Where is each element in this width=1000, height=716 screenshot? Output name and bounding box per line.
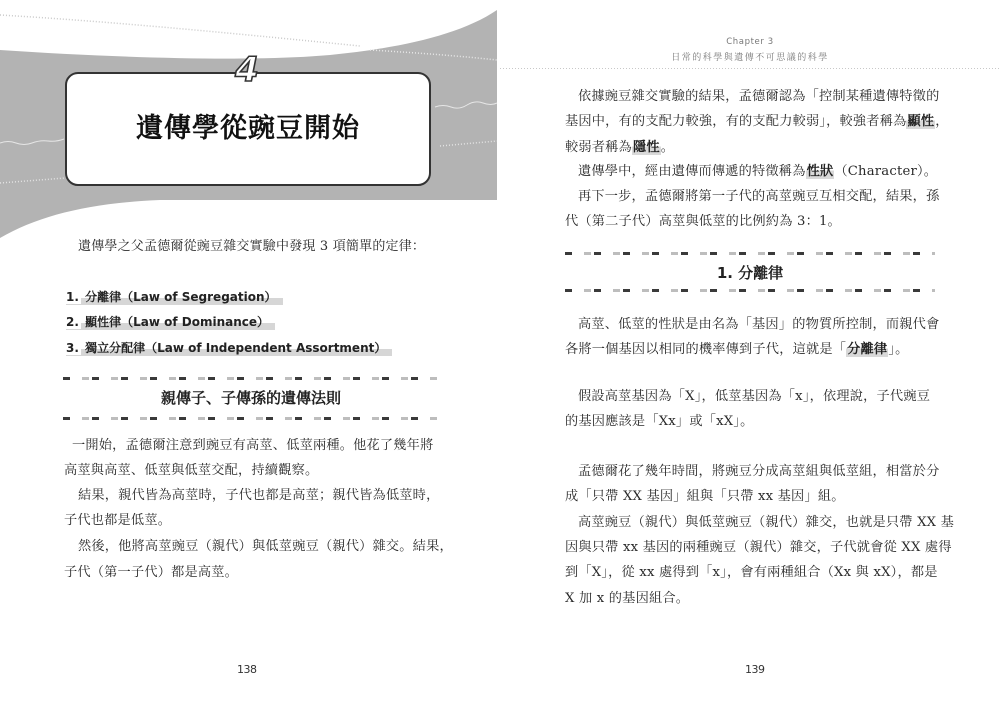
chapter-title: 遺傳學從豌豆開始 xyxy=(65,112,431,146)
body-line: 的基因應該是「Xx」或「xX」。 xyxy=(565,413,754,431)
text-run: 各將一個基因以相同的機率傳到子代，這就是「 xyxy=(565,342,846,357)
body-line: 結果，親代皆為高莖時，子代也都是高莖；親代皆為低莖時， xyxy=(78,487,439,505)
section-heading: 親傳子、子傳孫的遺傳法則 xyxy=(63,388,439,408)
text-run: 。 xyxy=(661,140,674,155)
text-run: 依據豌豆雜交實驗的結果，孟德爾認為「控制某種遺傳特徵的 xyxy=(578,89,939,104)
body-line: 遺傳學中，經由遺傳而傳遞的特徵稱為性狀（Character）。 xyxy=(578,163,937,181)
running-head-rule xyxy=(500,68,1000,69)
law-text: 分離律（Law of Segregation） xyxy=(85,290,276,304)
body-line: 高莖豌豆（親代）與低莖豌豆（親代）雜交，也就是只帶 XX 基 xyxy=(578,514,954,532)
law-text: 顯性律（Law of Dominance） xyxy=(85,315,269,329)
text-run: ， xyxy=(935,114,948,129)
body-line: 高莖與高莖、低莖與低莖交配，持續觀察。 xyxy=(64,462,318,480)
text-run: 因與只帶 xx 基因的兩種豌豆（親代）雜交，子代就會從 XX 處得 xyxy=(565,540,952,555)
text-run: 代（第二子代）高莖與低莖的比例約為 3：1。 xyxy=(565,214,841,229)
left-page: 4 遺傳學從豌豆開始 遺傳學之父孟德爾從豌豆雜交實驗中發現 3 項簡單的定律： … xyxy=(0,0,500,716)
intro-text: 遺傳學之父孟德爾從豌豆雜交實驗中發現 3 項簡單的定律： xyxy=(78,238,425,256)
running-head-subtitle: 日常的科學與遺傳不可思議的科學 xyxy=(500,50,1000,63)
section-divider-bottom xyxy=(63,417,439,420)
text-run: 較弱者稱為 xyxy=(565,140,632,155)
body-line: 較弱者稱為隱性。 xyxy=(565,139,674,157)
text-run: （Character）。 xyxy=(834,164,937,179)
law-item-2: 2. 顯性律（Law of Dominance） xyxy=(66,314,275,330)
body-line: 子代（第一子代）都是高莖。 xyxy=(64,564,238,582)
law-text: 獨立分配律（Law of Independent Assortment） xyxy=(85,341,386,355)
body-line: 依據豌豆雜交實驗的結果，孟德爾認為「控制某種遺傳特徵的 xyxy=(578,88,939,106)
page-number: 139 xyxy=(745,663,765,676)
text-run: 基因中，有的支配力較強，有的支配力較弱」，較強者稱為 xyxy=(565,114,906,129)
body-line: 各將一個基因以相同的機率傳到子代，這就是「分離律」。 xyxy=(565,341,909,359)
term-character: 性狀 xyxy=(806,164,835,179)
body-line: 然後，他將高莖豌豆（親代）與低莖豌豆（親代）雜交。結果， xyxy=(78,538,453,556)
body-line: 假設高莖基因為「X」，低莖基因為「x」，依理說，子代豌豆 xyxy=(578,388,930,406)
body-line: 基因中，有的支配力較強，有的支配力較弱」，較強者稱為顯性， xyxy=(565,113,949,131)
running-head-chapter: Chapter 3 xyxy=(500,37,1000,47)
body-line: 再下一步，孟德爾將第一子代的高莖豌豆互相交配，結果，孫 xyxy=(578,188,939,206)
text-run: 成「只帶 XX 基因」組與「只帶 xx 基因」組。 xyxy=(565,489,845,504)
law-number: 3. xyxy=(66,341,81,355)
text-run: 高莖、低莖的性狀是由名為「基因」的物質所控制，而親代會 xyxy=(578,317,939,332)
body-line: X 加 x 的基因組合。 xyxy=(565,590,689,608)
body-line: 一開始，孟德爾注意到豌豆有高莖、低莖兩種。他花了幾年將 xyxy=(72,437,433,455)
body-line: 代（第二子代）高莖與低莖的比例約為 3：1。 xyxy=(565,213,841,231)
text-run: 高莖豌豆（親代）與低莖豌豆（親代）雜交，也就是只帶 XX 基 xyxy=(578,515,954,530)
section-divider-bottom xyxy=(565,289,935,292)
body-line: 因與只帶 xx 基因的兩種豌豆（親代）雜交，子代就會從 XX 處得 xyxy=(565,539,952,557)
right-page: Chapter 3 日常的科學與遺傳不可思議的科學 依據豌豆雜交實驗的結果，孟德… xyxy=(500,0,1000,716)
body-line: 子代也都是低莖。 xyxy=(64,512,171,530)
body-line: 孟德爾花了幾年時間，將豌豆分成高莖組與低莖組，相當於分 xyxy=(578,463,939,481)
term-recessive: 隱性 xyxy=(632,140,661,155)
section-divider-top xyxy=(565,252,935,255)
text-run: X 加 x 的基因組合。 xyxy=(565,591,689,606)
law-number: 2. xyxy=(66,315,81,329)
section-heading: 1. 分離律 xyxy=(565,263,935,283)
term-dominant: 顯性 xyxy=(906,114,935,129)
law-number: 1. xyxy=(66,290,81,304)
chapter-number: 4 xyxy=(230,52,264,88)
text-run: 」。 xyxy=(888,342,908,357)
text-run: 假設高莖基因為「X」，低莖基因為「x」，依理說，子代豌豆 xyxy=(578,389,930,404)
text-run: 的基因應該是「Xx」或「xX」。 xyxy=(565,414,754,429)
body-line: 高莖、低莖的性狀是由名為「基因」的物質所控制，而親代會 xyxy=(578,316,939,334)
text-run: 再下一步，孟德爾將第一子代的高莖豌豆互相交配，結果，孫 xyxy=(578,189,939,204)
text-run: 遺傳學中，經由遺傳而傳遞的特徵稱為 xyxy=(578,164,806,179)
section-divider-top xyxy=(63,377,439,380)
term-segregation: 分離律 xyxy=(846,342,888,357)
body-line: 到「X」，從 xx 處得到「x」，會有兩種組合（Xx 與 xX），都是 xyxy=(565,564,938,582)
text-run: 到「X」，從 xx 處得到「x」，會有兩種組合（Xx 與 xX），都是 xyxy=(565,565,938,580)
law-item-3: 3. 獨立分配律（Law of Independent Assortment） xyxy=(66,340,392,356)
page-number: 138 xyxy=(237,663,257,676)
law-item-1: 1. 分離律（Law of Segregation） xyxy=(66,289,283,305)
text-run: 孟德爾花了幾年時間，將豌豆分成高莖組與低莖組，相當於分 xyxy=(578,464,939,479)
body-line: 成「只帶 XX 基因」組與「只帶 xx 基因」組。 xyxy=(565,488,845,506)
